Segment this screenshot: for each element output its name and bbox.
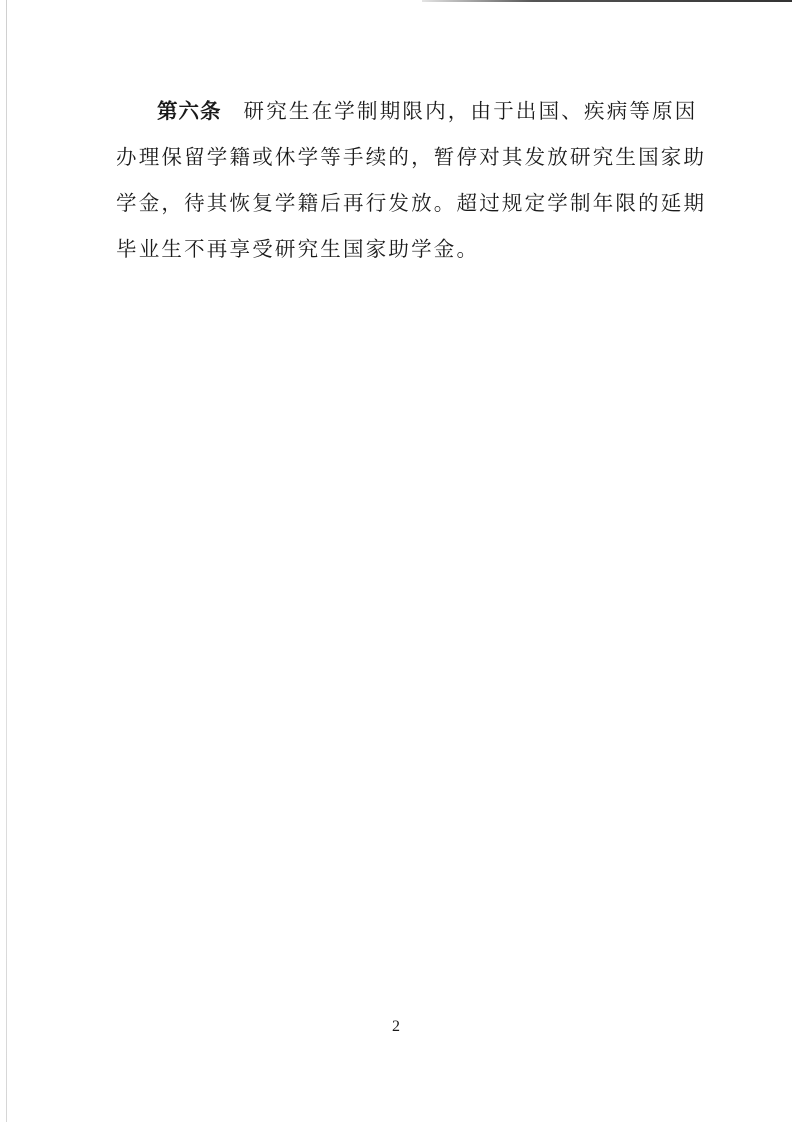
article-line: 毕业生不再享受研究生国家助学金。 (116, 226, 716, 272)
scan-top-edge (422, 0, 792, 2)
article-six: 第六条研究生在学制期限内，由于出国、疾病等原因 办理保留学籍或休学等手续的，暂停… (116, 88, 716, 272)
article-line: 学金，待其恢复学籍后再行发放。超过规定学制年限的延期 (116, 180, 716, 226)
article-line: 第六条研究生在学制期限内，由于出国、疾病等原因 (116, 88, 716, 134)
article-line: 办理保留学籍或休学等手续的，暂停对其发放研究生国家助 (116, 134, 716, 180)
scan-left-edge (6, 0, 7, 1122)
article-heading: 第六条 (157, 99, 222, 123)
page-number: 2 (0, 1018, 792, 1036)
article-text: 研究生在学制期限内，由于出国、疾病等原因 (244, 99, 698, 123)
